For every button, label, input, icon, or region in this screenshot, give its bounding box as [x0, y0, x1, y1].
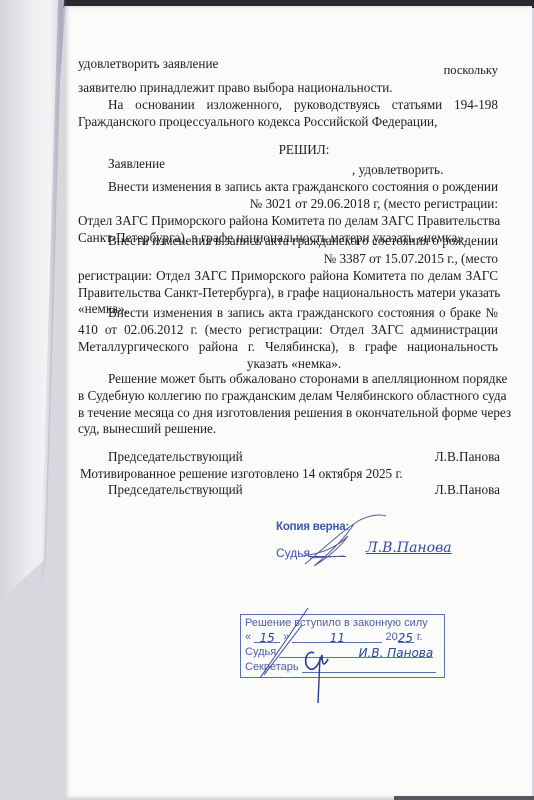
basis-line-2: Гражданского процессуального кодекса Рос…	[78, 114, 437, 131]
birth1-line-1: Внести изменения в запись акта гражданск…	[78, 179, 498, 196]
birth2-line-4: Правительства Санкт-Петербурга), в графе…	[78, 285, 498, 302]
appeal-line-1: Решение может быть обжаловано сторонами …	[78, 371, 498, 388]
marriage-line-2: 410 от 02.06.2012 г. (место регистрации:…	[78, 322, 498, 339]
intro-line-2: заявителю принадлежит право выбора нацио…	[78, 80, 393, 97]
birth2-line-1: Внести изменения в запись акта гражданск…	[78, 233, 498, 250]
presiding-label-1: Председательствующий	[108, 449, 243, 466]
basis-line-1: На основании изложенного, руководствуясь…	[78, 97, 498, 114]
year-unit: г.	[417, 631, 423, 643]
intro-line-1-left: удовлетворить заявление	[78, 56, 218, 73]
resolution-applicant-right: , удовлетворить.	[352, 162, 443, 179]
birth1-line-3: Отдел ЗАГС Приморского района Комитета п…	[78, 213, 498, 230]
motivated-decision-date: Мотивированное решение изготовлено 14 ок…	[80, 466, 403, 483]
legal-force-year: 25	[398, 631, 413, 645]
birth2-line-3: регистрации: Отдел ЗАГС Приморского райо…	[78, 268, 498, 285]
presiding-name-2: Л.В.Панова	[435, 482, 500, 499]
year-prefix: 20	[386, 631, 398, 643]
birth2-line-2: № 3387 от 15.07.2015 г., (место	[324, 251, 498, 268]
presiding-label-2: Председательствующий	[108, 482, 243, 499]
secretary-signature-icon	[250, 603, 370, 713]
presiding-name-1: Л.В.Панова	[435, 449, 500, 466]
appeal-line-3: в течение месяца со дня изготовления реш…	[78, 405, 498, 422]
resolution-applicant-left: Заявление	[108, 156, 165, 173]
marriage-line-1: Внести изменения в запись акта гражданск…	[78, 305, 498, 322]
intro-line-1-right: поскольку	[444, 62, 498, 79]
marriage-line-3: Металлургического района г. Челябинска),…	[78, 339, 498, 356]
birth1-line-2: № 3021 от 29.06.2018 г, (место регистрац…	[250, 196, 498, 213]
appeal-line-4: суд, вынесший решение.	[78, 421, 216, 438]
appeal-line-2: в Судебную коллегию по гражданским делам…	[78, 388, 498, 405]
judge-signature-icon	[300, 512, 390, 572]
